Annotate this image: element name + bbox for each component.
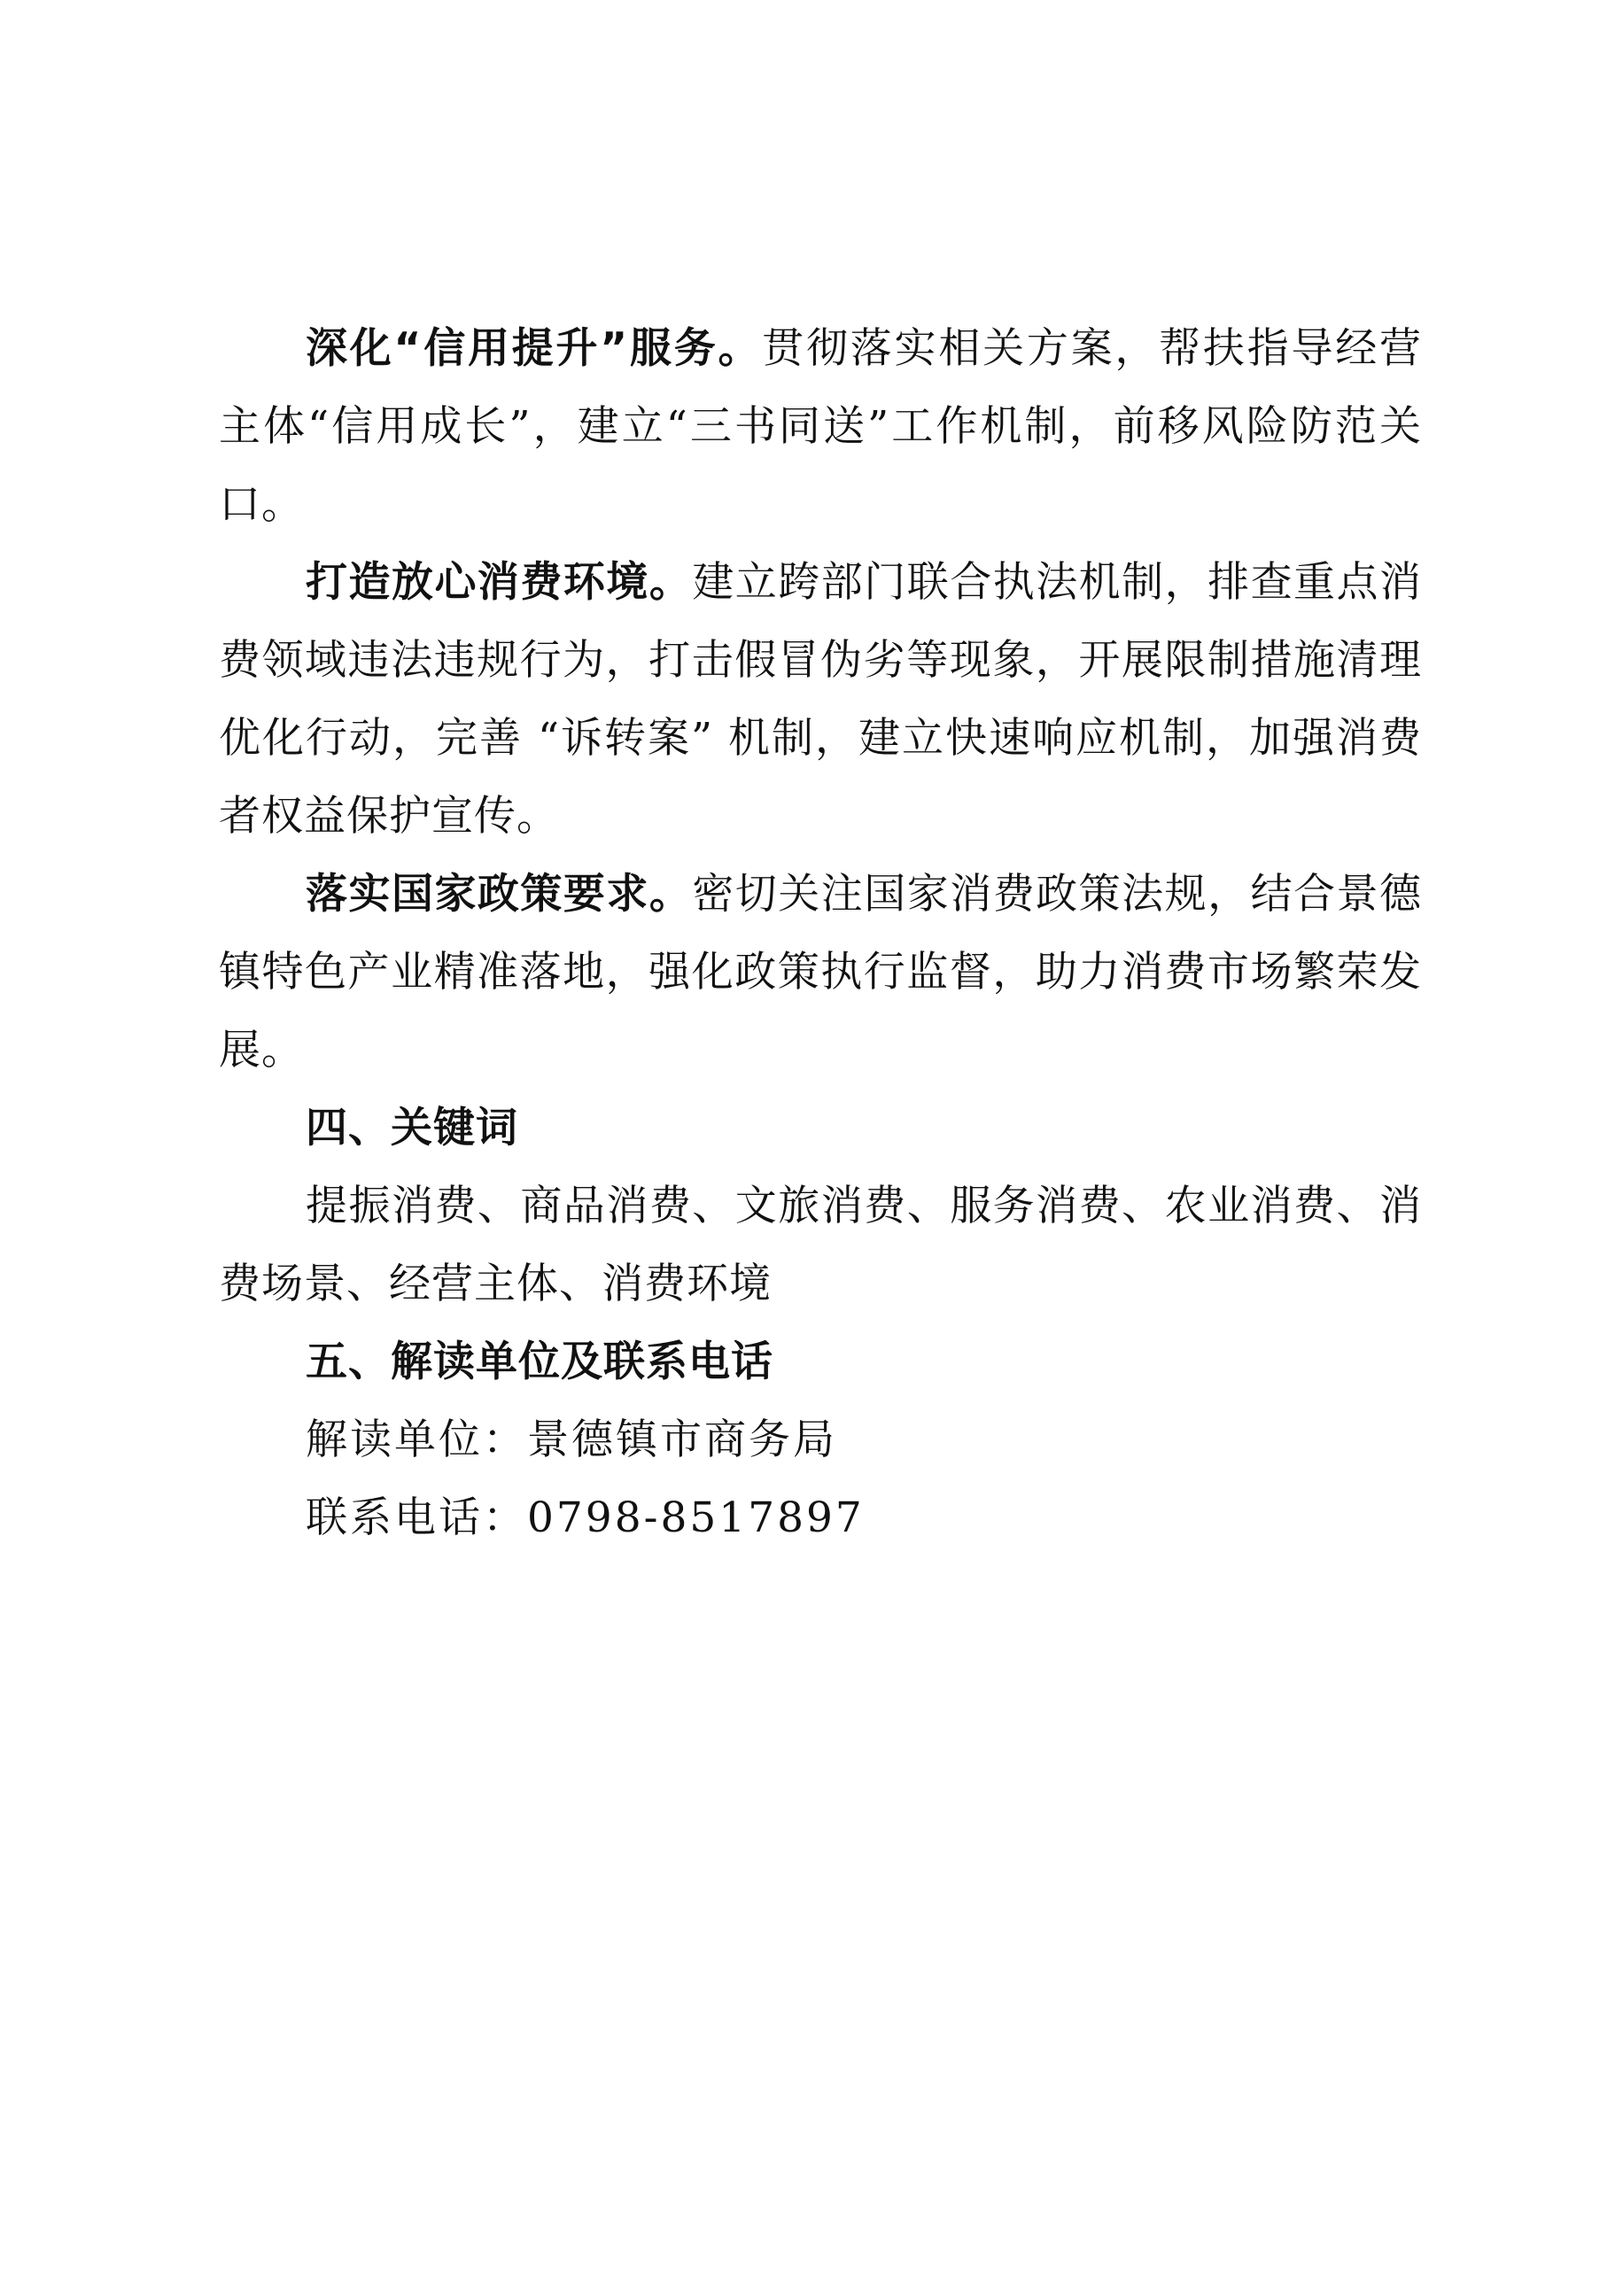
paragraph-credit-upgrade: 深化“信用提升”服务。贯彻落实相关方案，帮扶指导经营主体“信用成长”，建立“三书… bbox=[219, 310, 1422, 544]
document-page: 深化“信用提升”服务。贯彻落实相关方案，帮扶指导经营主体“信用成长”，建立“三书… bbox=[219, 310, 1422, 1557]
paragraph-national-policy: 落实国家政策要求。密切关注国家消费政策法规，结合景德镇特色产业精准落地，强化政策… bbox=[219, 856, 1422, 1090]
keywords-heading: 四、关键词 bbox=[219, 1090, 1422, 1167]
paragraph-lead: 落实国家政策要求。 bbox=[306, 870, 692, 919]
contact-heading: 五、解读单位及联系电话 bbox=[219, 1323, 1422, 1401]
keywords-text: 提振消费、商品消费、文旅消费、服务消费、农业消费、消费场景、经营主体、消费环境 bbox=[219, 1167, 1422, 1323]
paragraph-lead: 打造放心消费环境。 bbox=[306, 558, 692, 607]
paragraph-lead: 深化“信用提升”服务。 bbox=[306, 324, 762, 373]
paragraph-consumer-environment: 打造放心消费环境。建立跨部门联合执法机制，排查重点消费领域违法违规行为，打击假冒… bbox=[219, 544, 1422, 856]
contact-unit: 解读单位：景德镇市商务局 bbox=[219, 1401, 1422, 1479]
contact-phone: 联系电话：0798-8517897 bbox=[219, 1479, 1422, 1557]
